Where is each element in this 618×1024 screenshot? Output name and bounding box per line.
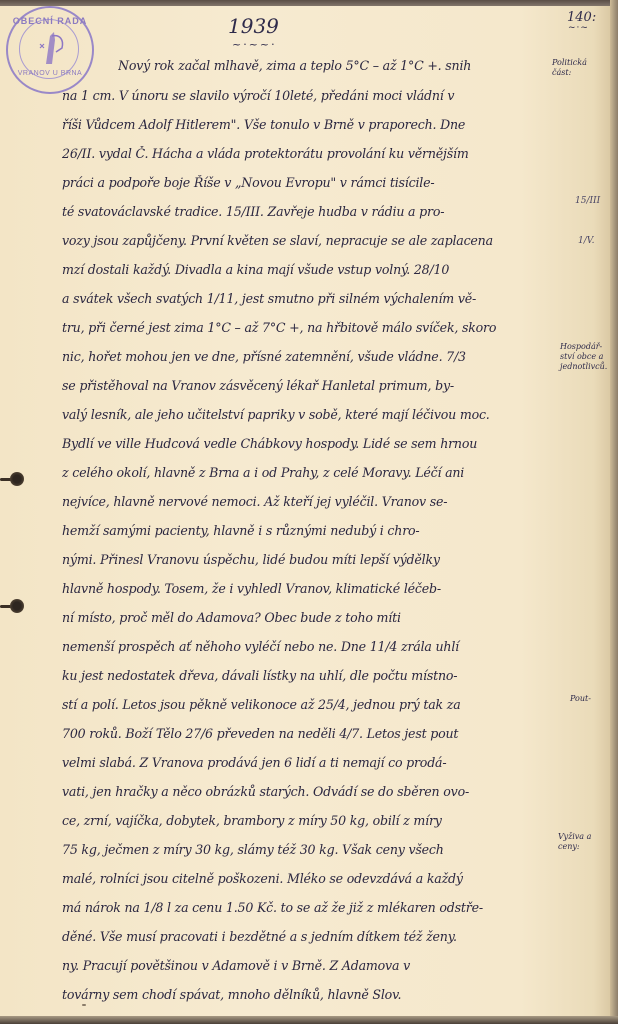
text-line: Nový rok začal mlhavě, zima a teplo 5°C …: [118, 58, 542, 73]
text-line: hlavně hospody. Tosem, že i vyhledl Vran…: [62, 581, 542, 596]
text-line: hemží samými pacienty, hlavně i s různým…: [62, 523, 542, 538]
margin-note-hospodarstvi: Hospodář-ství obce a jednotlivců.: [560, 342, 616, 372]
paper-speck: [82, 1004, 86, 1006]
municipal-stamp: OBECNÍ RADA VRANOV U BRNA: [6, 6, 94, 94]
text-line: továrny sem chodí spávat, mnoho dělníků,…: [62, 987, 542, 1002]
text-line: 75 kg, ječmen z míry 30 kg, slámy též 30…: [62, 842, 542, 857]
text-line: nic, hořet mohou jen ve dne, přísné zate…: [62, 349, 542, 364]
text-line: stí a polí. Letos jsou pěkně velikonoce …: [62, 697, 542, 712]
text-line: má nárok na 1/8 l za cenu 1.50 Kč. to se…: [62, 900, 542, 915]
text-line: se přistěhoval na Vranov zásvěcený lékař…: [62, 378, 542, 393]
text-line: valý lesník, ale jeho učitelství papriky…: [62, 407, 542, 422]
binding-hole: [10, 472, 24, 486]
text-line: nejvíce, hlavně nervové nemoci. Až kteří…: [62, 494, 542, 509]
page-right-shadow: [610, 0, 618, 1024]
margin-date-1-v: 1/V.: [578, 236, 595, 246]
text-line: z celého okolí, hlavně z Brna a i od Pra…: [62, 465, 542, 480]
text-line: práci a podpoře boje Říše v „Novou Evrop…: [62, 175, 542, 190]
margin-note-pout: Pout-: [570, 694, 618, 704]
margin-note-vyziva: Vyživa a ceny:: [558, 832, 614, 852]
text-line: nemenší prospěch ať něhoho vyléčí nebo n…: [62, 639, 542, 654]
text-line: a svátek všech svatých 1/11, jest smutno…: [62, 291, 542, 306]
stamp-top-text: OBECNÍ RADA: [8, 16, 92, 26]
margin-date-15-iii: 15/III: [575, 196, 600, 206]
text-line: 26/II. vydal Č. Hácha a vláda protektorá…: [62, 146, 542, 161]
page-bottom-edge: [0, 1016, 618, 1024]
text-line: mzí dostali každý. Divadla a kina mají v…: [62, 262, 542, 277]
text-line: Bydlí ve ville Hudcová vedle Chábkovy ho…: [62, 436, 542, 451]
stamp-bottom-text: VRANOV U BRNA: [8, 70, 92, 77]
text-line: vozy jsou zapůjčeny. První květen se sla…: [62, 233, 542, 248]
stamp-emblem-icon: [36, 30, 66, 68]
margin-note-politicka: Politická část:: [552, 58, 608, 78]
text-line: nými. Přinesl Vranovu úspěchu, lidé budo…: [62, 552, 542, 567]
text-line: malé, rolníci jsou citelně poškozeni. Ml…: [62, 871, 542, 886]
text-line: té svatováclavské tradice. 15/III. Zavře…: [62, 204, 542, 219]
year-heading: 1939: [228, 14, 279, 38]
text-line: ku jest nedostatek dřeva, dávali lístky …: [62, 668, 542, 683]
text-line: říši Vůdcem Adolf Hitlerem". Vše tonulo …: [62, 117, 542, 132]
text-line: děné. Vše musí pracovati i bezdětné a s …: [62, 929, 542, 944]
binding-hole: [10, 599, 24, 613]
text-line: velmi slabá. Z Vranova prodává jen 6 lid…: [62, 755, 542, 770]
text-line: ce, zrní, vajíčka, dobytek, brambory z m…: [62, 813, 542, 828]
text-line: ní místo, proč měl do Adamova? Obec bude…: [62, 610, 542, 625]
text-line: 700 roků. Boží Tělo 27/6 převeden na ned…: [62, 726, 542, 741]
year-heading-underline: ~·~~·: [232, 38, 277, 51]
text-line: ny. Pracují povětšinou v Adamově i v Brn…: [62, 958, 542, 973]
text-line: vati, jen hračky a něco obrázků starých.…: [62, 784, 542, 799]
text-line: tru, při černé jest zima 1°C – až 7°C +,…: [62, 320, 542, 335]
page-number-underline: ~·~: [568, 23, 589, 33]
text-line: na 1 cm. V únoru se slavilo výročí 10let…: [62, 88, 542, 103]
